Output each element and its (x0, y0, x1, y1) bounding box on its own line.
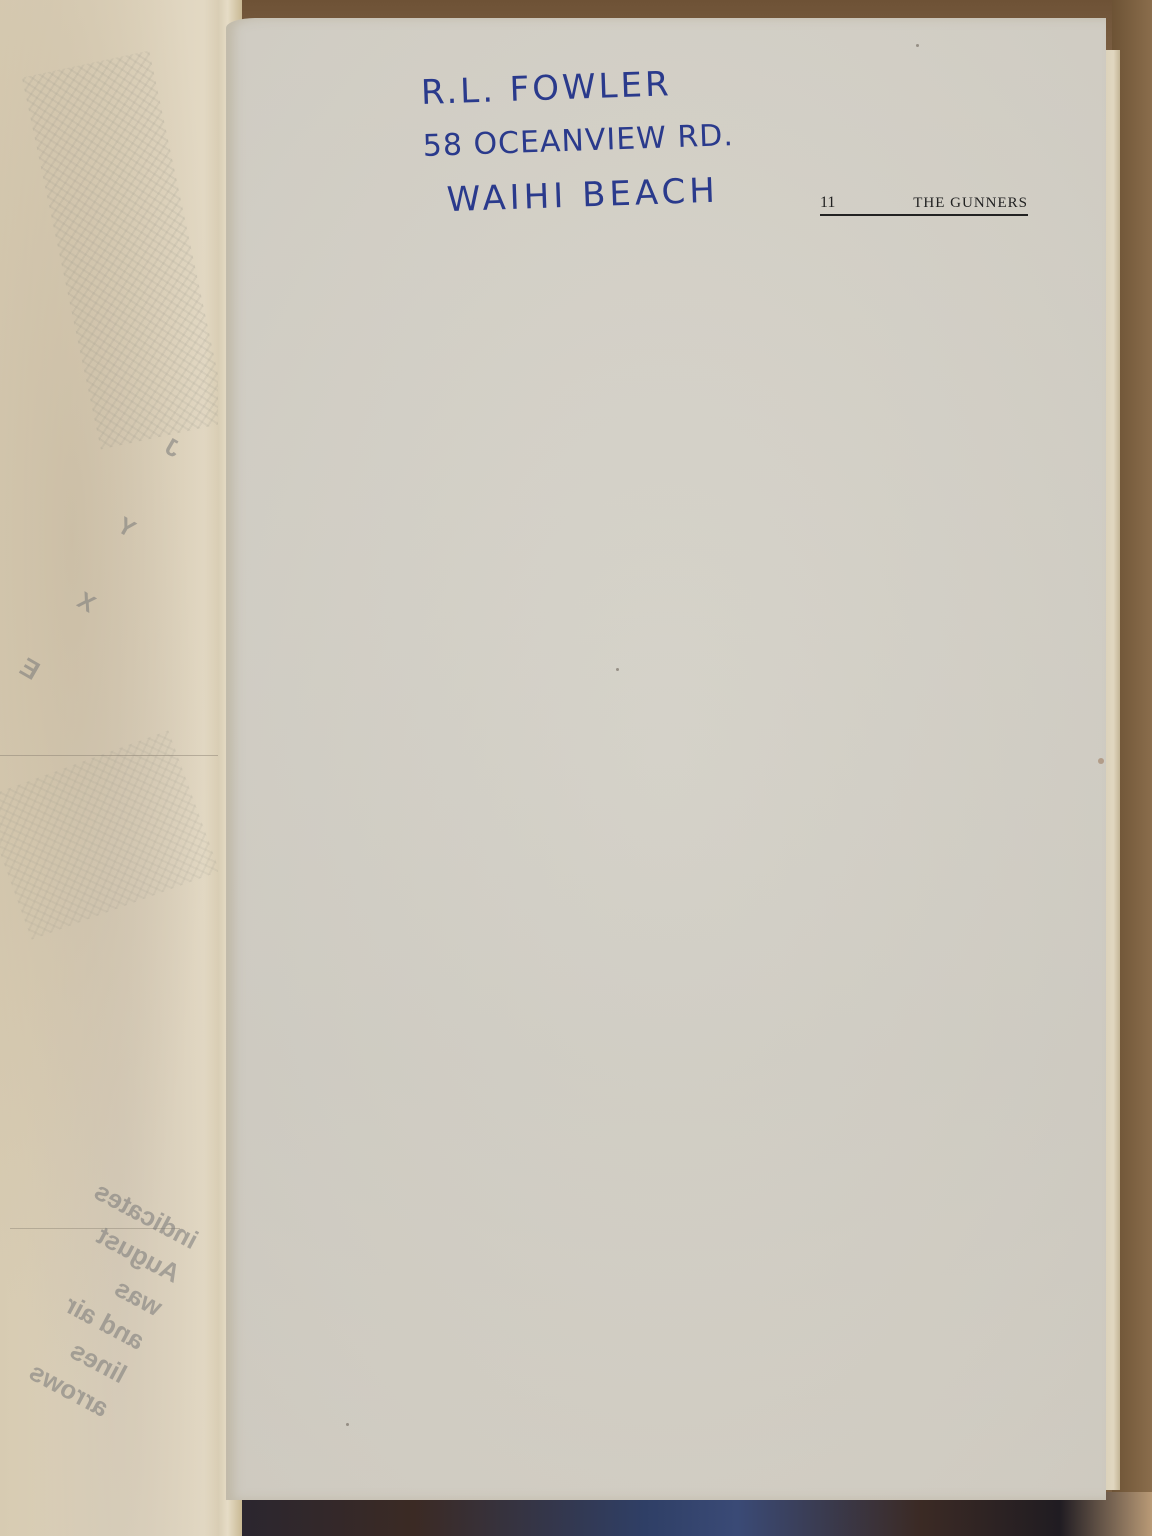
show-through-rule (0, 755, 225, 756)
show-through-letter: E (14, 651, 45, 687)
chapter-title: THE GUNNERS (913, 195, 1028, 212)
running-header: 11 THE GUNNERS (820, 186, 1028, 216)
paper-speck (616, 668, 619, 671)
paper-speck (346, 1423, 349, 1426)
paper-speck (916, 44, 919, 47)
show-through-mirrored-text: indicates August was and air lines arrow… (0, 1172, 205, 1426)
show-through-letter: J (159, 433, 185, 464)
show-through-map-hatching-lower (0, 730, 220, 939)
right-page (226, 18, 1106, 1500)
owner-inscription: R.L. FOWLER 58 OCEANVIEW RD. WAIHI BEACH (420, 55, 737, 228)
paper-speck (1098, 758, 1104, 764)
show-through-map-hatching (22, 51, 228, 450)
left-page: J Y X E indicates August was and air lin… (0, 0, 240, 1536)
show-through-letter: Y (112, 512, 140, 544)
page-number: 11 (820, 194, 835, 212)
show-through-letter: X (72, 587, 100, 619)
inscription-town: WAIHI BEACH (446, 163, 737, 227)
